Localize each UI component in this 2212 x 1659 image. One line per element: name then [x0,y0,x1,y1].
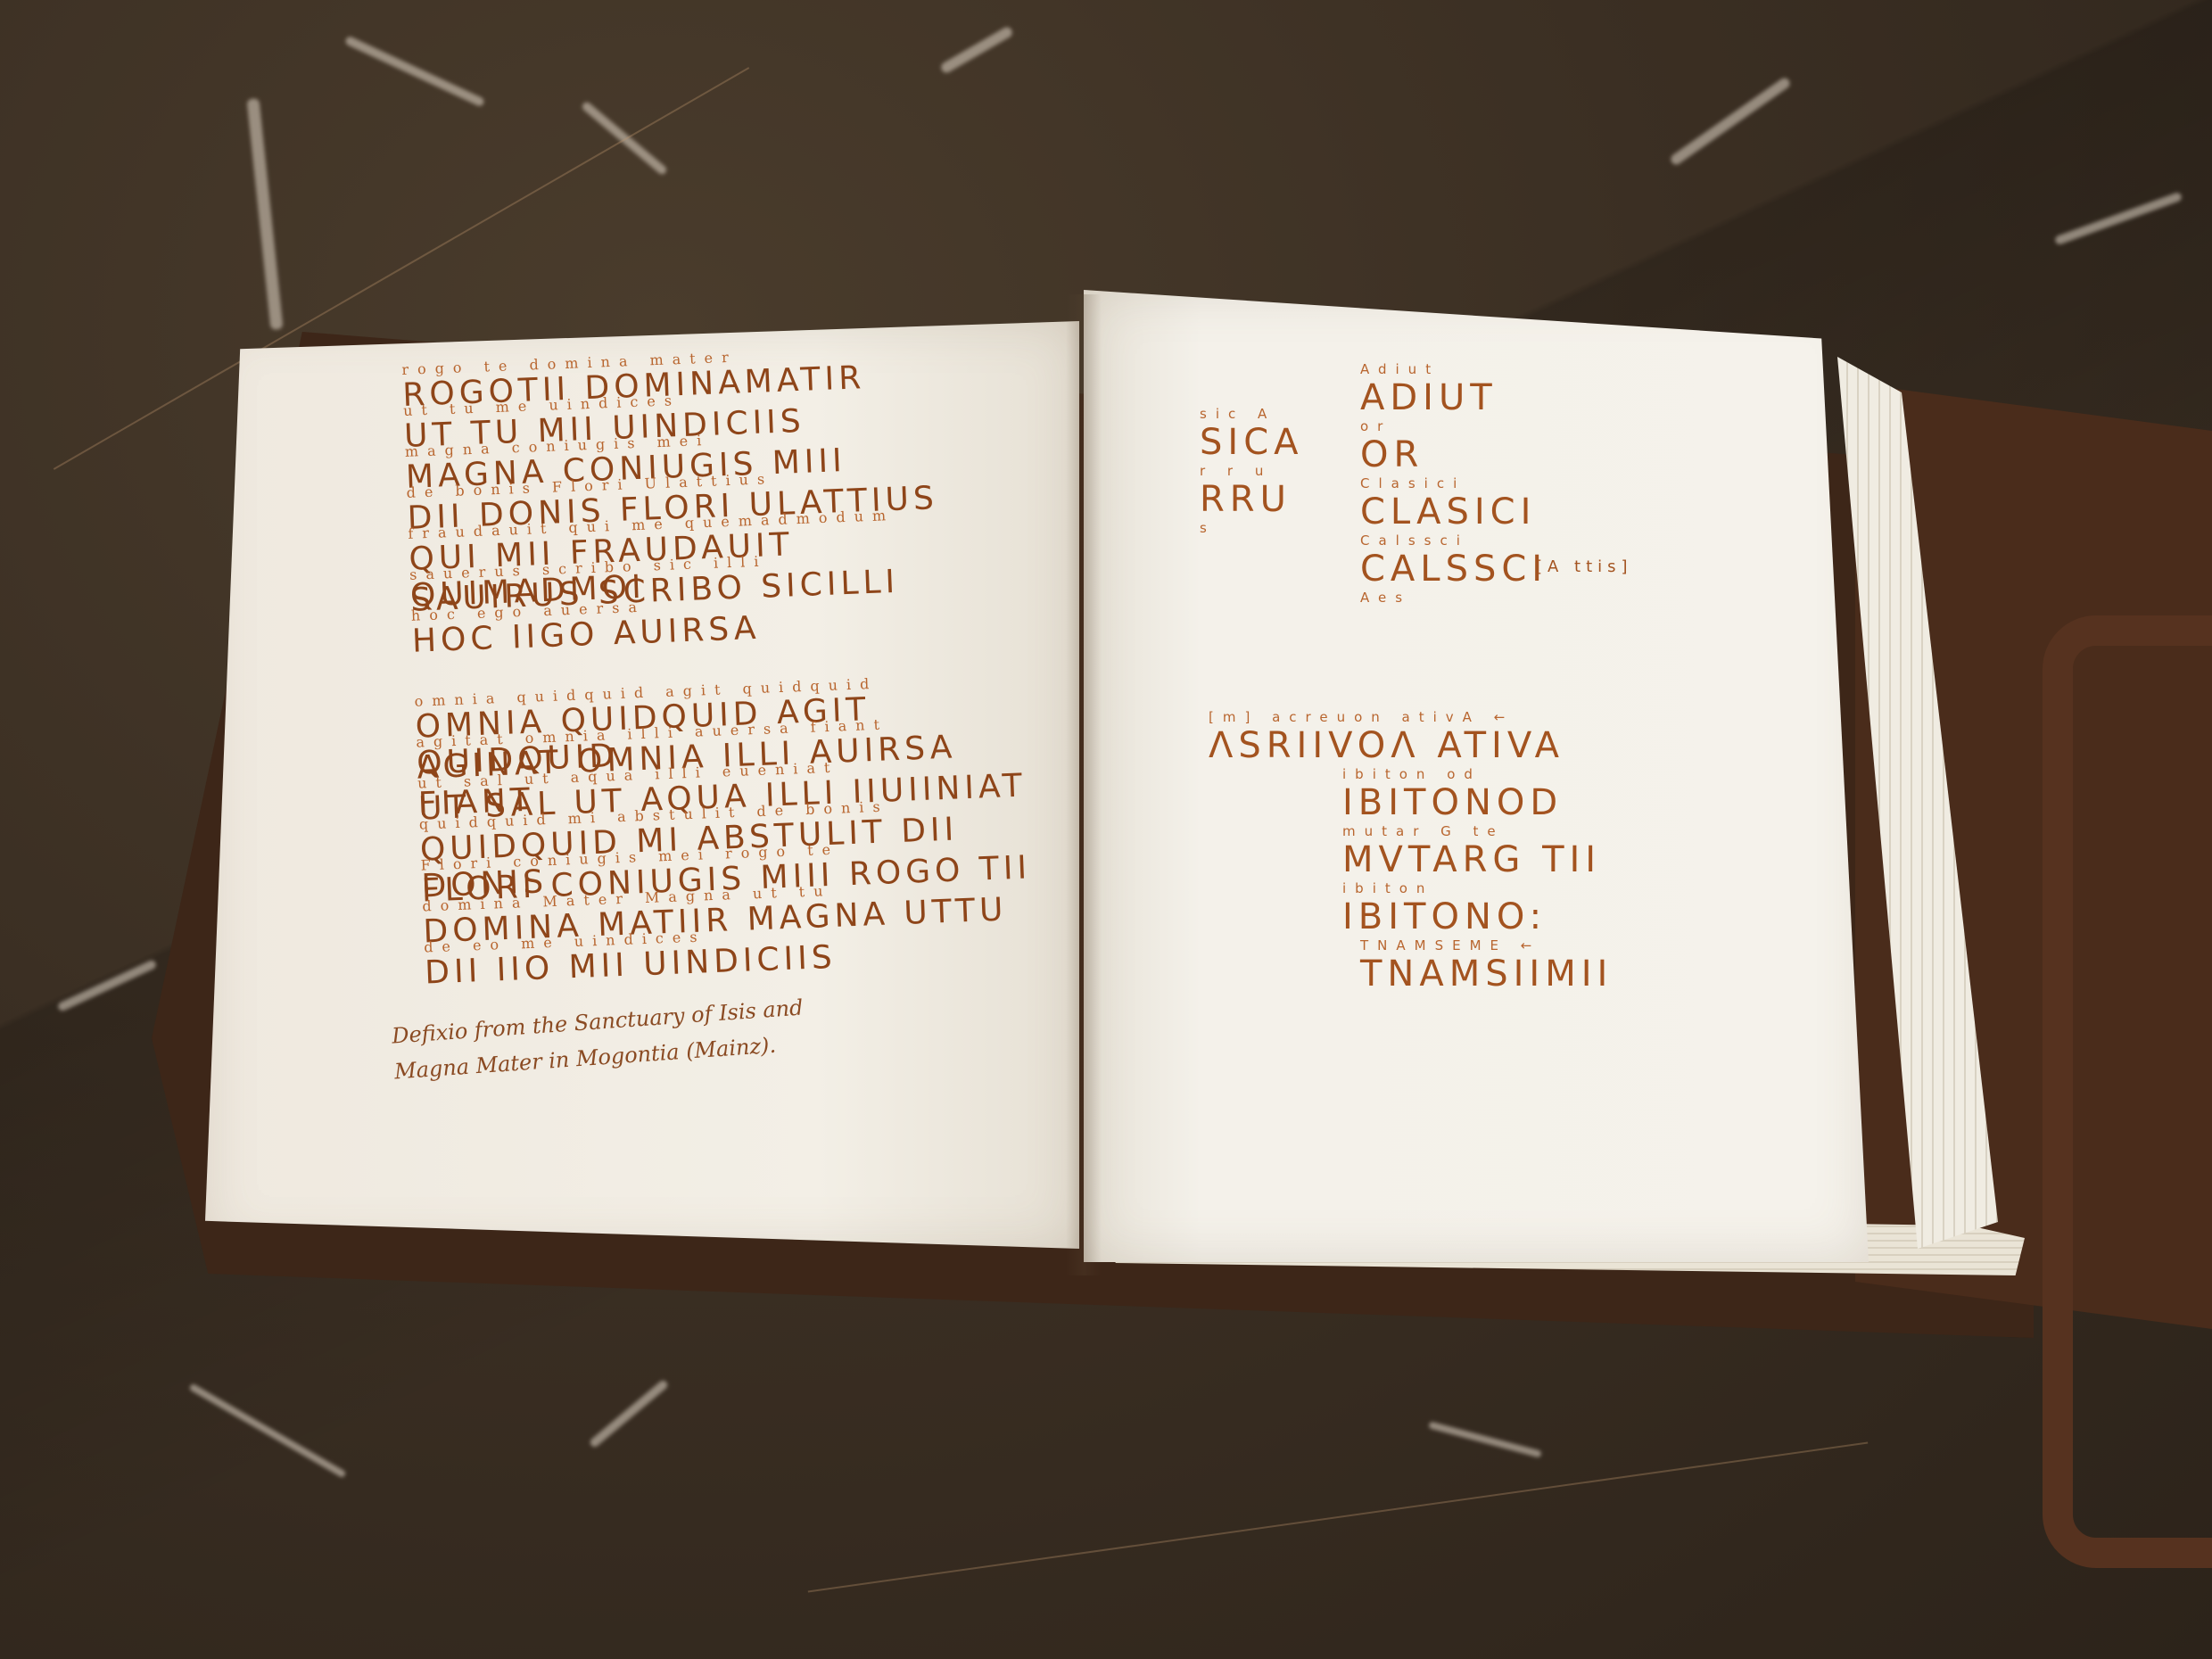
left-page-text: rogo te domina materROGOTII DOMINAMATIR … [401,337,1049,979]
book-gutter [1066,294,1102,1275]
marble-vein [1428,1421,1542,1457]
marble-vein [344,36,485,108]
bracket-note: [A ttis] [1536,557,1633,576]
marble-vein [589,1379,670,1449]
right-upper-right-column: Adiut ADIUT or OR Clasici CLASICI Calssc… [1360,361,1548,606]
marble-seam [808,1442,1869,1593]
marble-vein [939,25,1014,74]
marble-vein [57,959,158,1012]
marble-vein [2054,192,2183,246]
marble-vein [1669,76,1792,167]
leather-tie-strap [2043,615,2212,1568]
right-upper-left-column: sic A SICA r r u RRU s [1200,406,1303,536]
right-lower-inscription: [m] acreuon ativA ← ΛSRIIVOΛ ATIVA ibito… [1209,709,1613,995]
marble-vein [246,98,283,330]
marble-vein [188,1383,346,1479]
